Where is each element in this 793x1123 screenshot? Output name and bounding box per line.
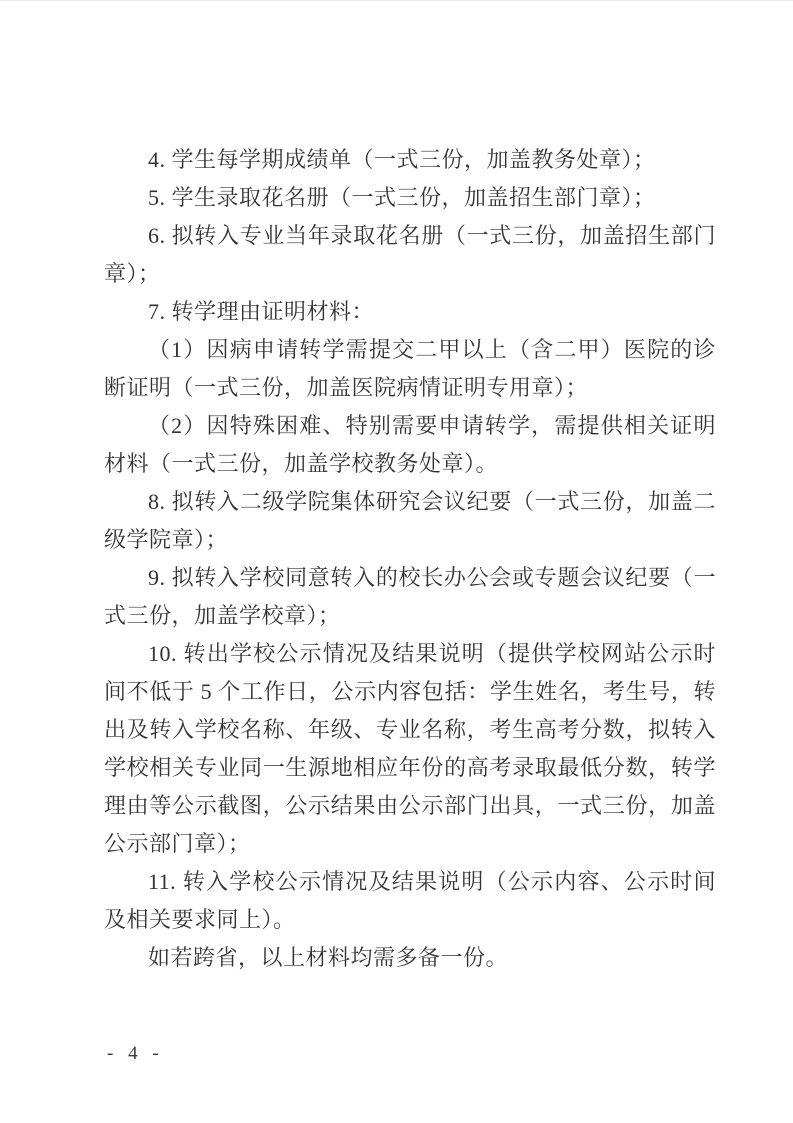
document-paragraph: （1）因病申请转学需提交二甲以上（含二甲）医院的诊断证明（一式三份，加盖医院病情… xyxy=(104,331,716,407)
document-paragraph: 11. 转入学校公示情况及结果说明（公示内容、公示时间及相关要求同上）。 xyxy=(104,863,716,939)
document-paragraph: 9. 拟转入学校同意转入的校长办公会或专题会议纪要（一式三份，加盖学校章）； xyxy=(104,559,716,635)
document-page: 4. 学生每学期成绩单（一式三份，加盖教务处章）； 5. 学生录取花名册（一式三… xyxy=(0,0,793,1123)
document-paragraph: 8. 拟转入二级学院集体研究会议纪要（一式三份，加盖二级学院章）； xyxy=(104,483,716,559)
document-paragraph: 10. 转出学校公示情况及结果说明（提供学校网站公示时间不低于 5 个工作日，公… xyxy=(104,635,716,863)
document-paragraph: （2）因特殊困难、特别需要申请转学，需提供相关证明材料（一式三份，加盖学校教务处… xyxy=(104,407,716,483)
document-paragraph: 7. 转学理由证明材料： xyxy=(104,293,716,331)
document-paragraph: 6. 拟转入专业当年录取花名册（一式三份，加盖招生部门章）； xyxy=(104,217,716,293)
page-number: - 4 - xyxy=(107,1043,164,1065)
document-body: 4. 学生每学期成绩单（一式三份，加盖教务处章）； 5. 学生录取花名册（一式三… xyxy=(104,141,716,977)
document-paragraph: 如若跨省，以上材料均需多备一份。 xyxy=(104,939,716,977)
document-paragraph: 5. 学生录取花名册（一式三份，加盖招生部门章）； xyxy=(104,179,716,217)
document-paragraph: 4. 学生每学期成绩单（一式三份，加盖教务处章）； xyxy=(104,141,716,179)
